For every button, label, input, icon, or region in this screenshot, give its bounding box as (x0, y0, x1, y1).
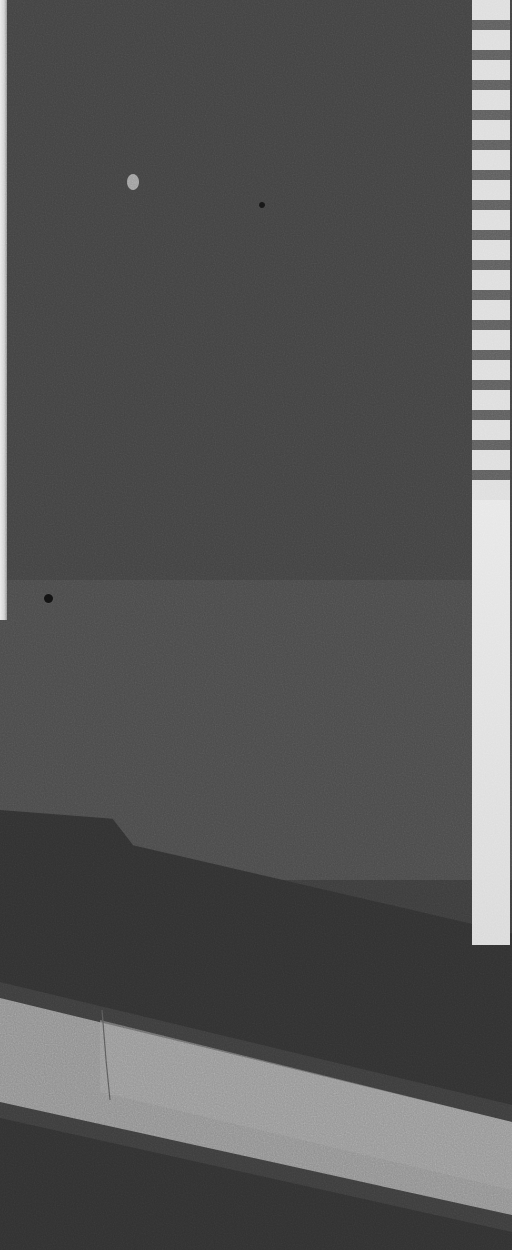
surface-texture (0, 0, 512, 1250)
pavement-scan-image (0, 0, 512, 1250)
